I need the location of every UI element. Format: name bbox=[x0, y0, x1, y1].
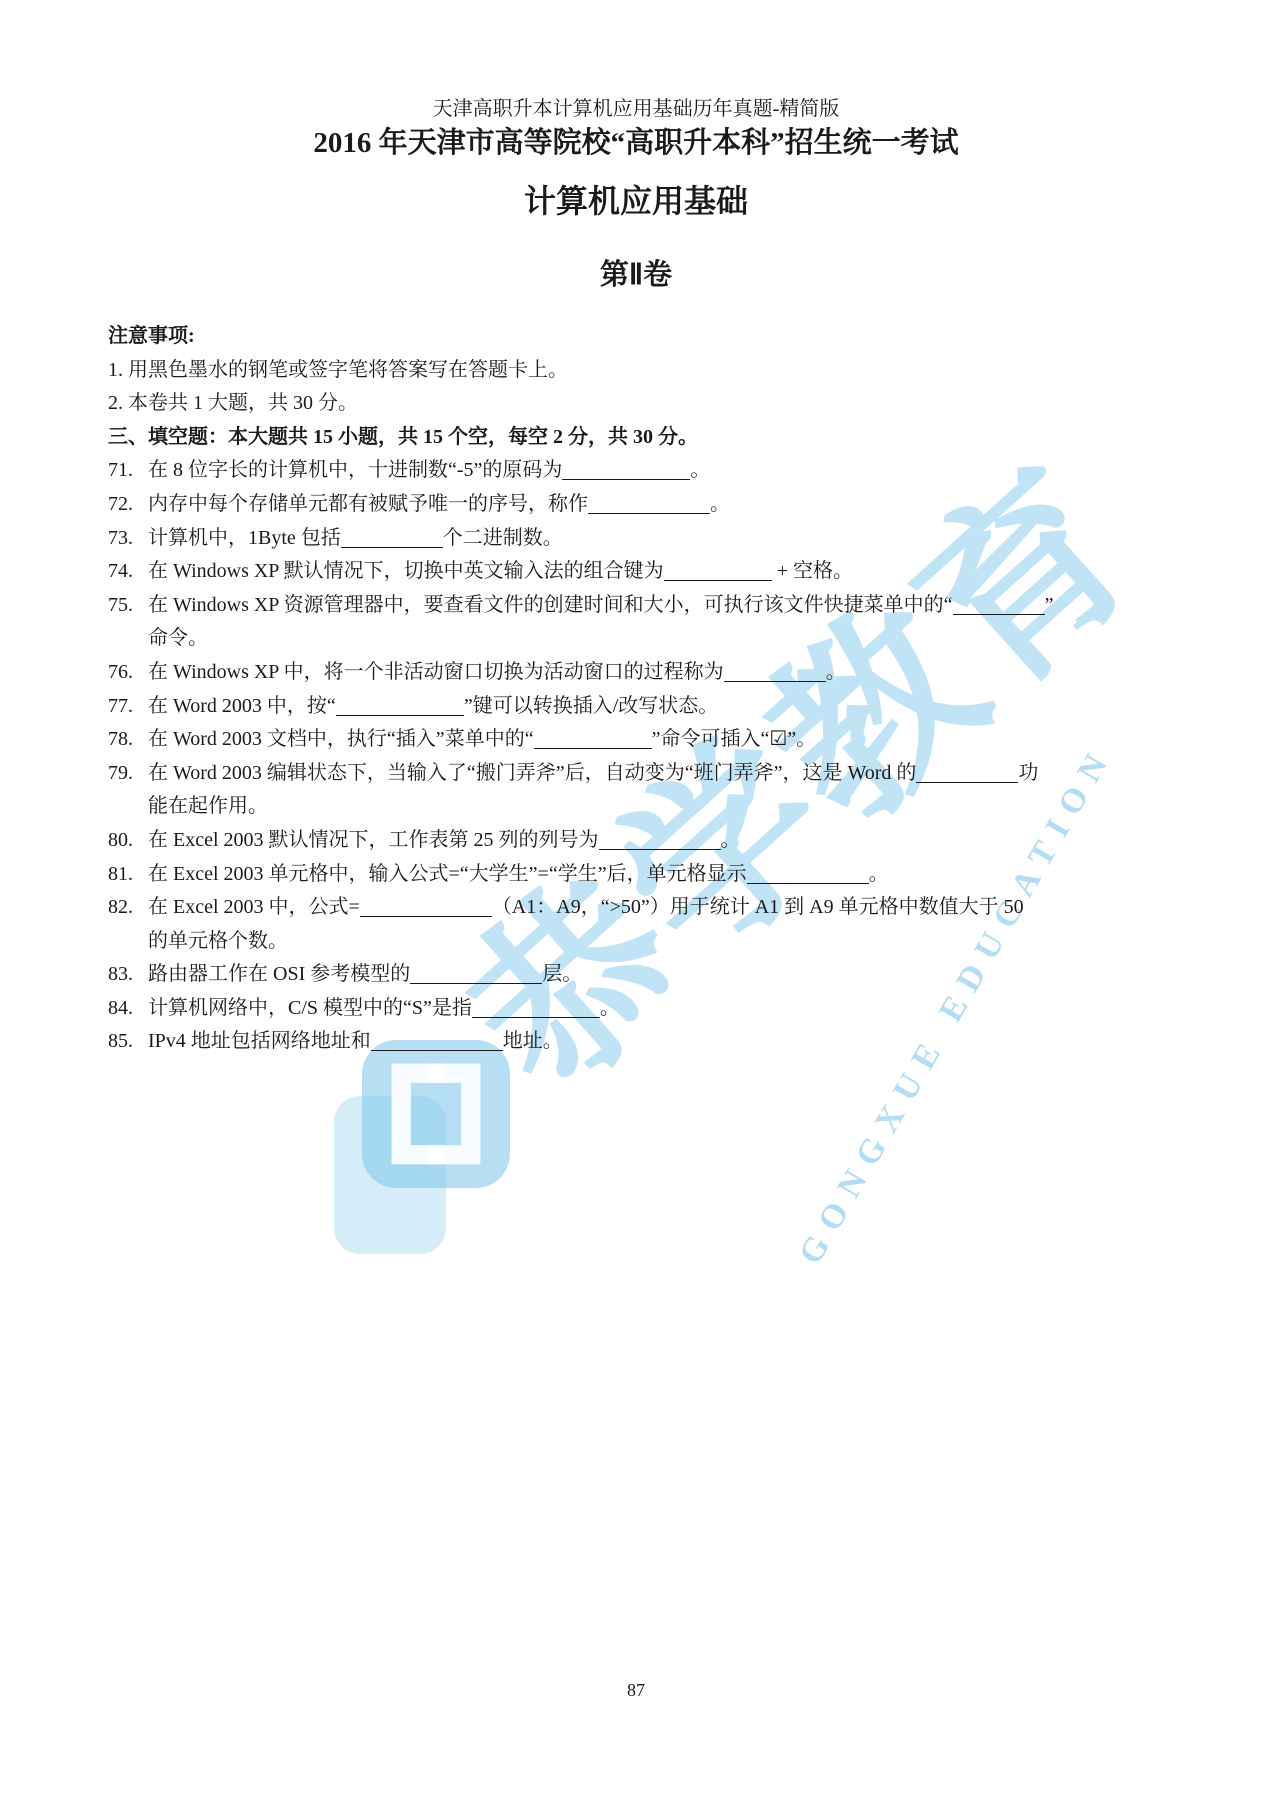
watermark-logo-shadow bbox=[334, 1096, 446, 1254]
question-text: 路由器工作在 OSI 参考模型的层。 bbox=[148, 963, 582, 985]
question-number: 74. bbox=[108, 555, 133, 589]
question-number: 72. bbox=[108, 488, 133, 522]
question-text: 内存中每个存储单元都有被赋予唯一的序号，称作。 bbox=[148, 493, 730, 515]
question-number: 81. bbox=[108, 858, 133, 892]
page-number: 87 bbox=[0, 1680, 1272, 1701]
watermark-logo-icon bbox=[362, 1040, 510, 1188]
question-number: 80. bbox=[108, 824, 133, 858]
question-number: 85. bbox=[108, 1025, 133, 1059]
question-text: 在 Windows XP 中，将一个非活动窗口切换为活动窗口的过程称为。 bbox=[148, 661, 846, 683]
question-text: 在 Word 2003 文档中，执行“插入”菜单中的“”命令可插入“☑”。 bbox=[148, 728, 816, 750]
question-item: 78.在 Word 2003 文档中，执行“插入”菜单中的“”命令可插入“☑”。 bbox=[108, 723, 1170, 757]
blank-underline bbox=[599, 831, 721, 850]
question-text: 在 Windows XP 资源管理器中，要查看文件的创建时间和大小，可执行该文件… bbox=[148, 594, 1053, 650]
question-item: 73.计算机中，1Byte 包括个二进制数。 bbox=[108, 522, 1170, 556]
exam-subject: 计算机应用基础 bbox=[0, 176, 1272, 222]
question-number: 73. bbox=[108, 522, 133, 556]
question-text: 在 Word 2003 中，按“”键可以转换插入/改写状态。 bbox=[148, 695, 718, 717]
blank-underline bbox=[588, 495, 710, 514]
question-text: 计算机中，1Byte 包括个二进制数。 bbox=[148, 527, 563, 549]
question-text: 在 Windows XP 默认情况下，切换中英文输入法的组合键为 + 空格。 bbox=[148, 560, 853, 582]
question-text: IPv4 地址包括网络地址和地址。 bbox=[148, 1030, 563, 1052]
question-number: 83. bbox=[108, 958, 133, 992]
question-item: 71.在 8 位字长的计算机中，十进制数“-5”的原码为。 bbox=[108, 454, 1170, 488]
question-text: 在 Excel 2003 中，公式=（A1：A9，“>50”）用于统计 A1 到… bbox=[148, 896, 1024, 952]
section-heading: 三、填空题：本大题共 15 小题，共 15 个空，每空 2 分，共 30 分。 bbox=[108, 421, 1170, 455]
interlocked-brackets-icon bbox=[362, 1040, 510, 1188]
question-item: 79.在 Word 2003 编辑状态下，当输入了“搬门弄斧”后，自动变为“班门… bbox=[108, 757, 1170, 824]
question-item: 81.在 Excel 2003 单元格中，输入公式=“大学生”=“学生”后，单元… bbox=[108, 858, 1170, 892]
blank-underline bbox=[916, 764, 1018, 783]
question-number: 82. bbox=[108, 891, 133, 925]
question-number: 76. bbox=[108, 656, 133, 690]
question-item: 75.在 Windows XP 资源管理器中，要查看文件的创建时间和大小，可执行… bbox=[108, 589, 1170, 656]
question-number: 71. bbox=[108, 454, 133, 488]
question-text: 在 Excel 2003 单元格中，输入公式=“大学生”=“学生”后，单元格显示… bbox=[148, 863, 889, 885]
volume-title: 第Ⅱ卷 bbox=[0, 252, 1272, 293]
document-page: 恭学教育 GONGXUE EDUCATION 天津高职升本计算机应用基础历年真题… bbox=[0, 0, 1272, 1800]
question-number: 78. bbox=[108, 723, 133, 757]
exam-title: 2016 年天津市高等院校“高职升本科”招生统一考试 bbox=[0, 120, 1272, 161]
question-number: 79. bbox=[108, 757, 133, 791]
blank-underline bbox=[360, 898, 492, 917]
question-item: 74.在 Windows XP 默认情况下，切换中英文输入法的组合键为 + 空格… bbox=[108, 555, 1170, 589]
questions-list: 71.在 8 位字长的计算机中，十进制数“-5”的原码为。72.内存中每个存储单… bbox=[108, 454, 1170, 1059]
question-text: 在 Excel 2003 默认情况下，工作表第 25 列的列号为。 bbox=[148, 829, 741, 851]
note-item: 2. 本卷共 1 大题，共 30 分。 bbox=[108, 387, 1170, 421]
question-number: 77. bbox=[108, 690, 133, 724]
blank-underline bbox=[664, 562, 772, 581]
blank-underline bbox=[534, 730, 652, 749]
question-item: 76.在 Windows XP 中，将一个非活动窗口切换为活动窗口的过程称为。 bbox=[108, 656, 1170, 690]
blank-underline bbox=[341, 529, 443, 548]
notes-heading: 注意事项: bbox=[108, 320, 1170, 354]
blank-underline bbox=[724, 663, 826, 682]
blank-underline bbox=[562, 461, 690, 480]
question-text: 在 Word 2003 编辑状态下，当输入了“搬门弄斧”后，自动变为“班门弄斧”… bbox=[148, 762, 1038, 818]
exam-body: 注意事项: 1. 用黑色墨水的钢笔或签字笔将答案写在答题卡上。2. 本卷共 1 … bbox=[108, 320, 1170, 1059]
blank-underline bbox=[953, 596, 1045, 615]
question-item: 83.路由器工作在 OSI 参考模型的层。 bbox=[108, 958, 1170, 992]
question-item: 80.在 Excel 2003 默认情况下，工作表第 25 列的列号为。 bbox=[108, 824, 1170, 858]
notes-list: 1. 用黑色墨水的钢笔或签字笔将答案写在答题卡上。2. 本卷共 1 大题，共 3… bbox=[108, 354, 1170, 421]
question-item: 84.计算机网络中，C/S 模型中的“S”是指。 bbox=[108, 992, 1170, 1026]
blank-underline bbox=[472, 999, 600, 1018]
blank-underline bbox=[371, 1032, 503, 1051]
question-item: 85.IPv4 地址包括网络地址和地址。 bbox=[108, 1025, 1170, 1059]
question-number: 84. bbox=[108, 992, 133, 1026]
blank-underline bbox=[410, 965, 542, 984]
blank-underline bbox=[747, 865, 869, 884]
blank-underline bbox=[336, 697, 464, 716]
question-item: 77.在 Word 2003 中，按“”键可以转换插入/改写状态。 bbox=[108, 690, 1170, 724]
header-note: 天津高职升本计算机应用基础历年真题-精简版 bbox=[0, 92, 1272, 121]
question-number: 75. bbox=[108, 589, 133, 623]
question-item: 72.内存中每个存储单元都有被赋予唯一的序号，称作。 bbox=[108, 488, 1170, 522]
note-item: 1. 用黑色墨水的钢笔或签字笔将答案写在答题卡上。 bbox=[108, 354, 1170, 388]
question-text: 在 8 位字长的计算机中，十进制数“-5”的原码为。 bbox=[148, 459, 710, 481]
question-text: 计算机网络中，C/S 模型中的“S”是指。 bbox=[148, 997, 620, 1019]
question-item: 82.在 Excel 2003 中，公式=（A1：A9，“>50”）用于统计 A… bbox=[108, 891, 1170, 958]
